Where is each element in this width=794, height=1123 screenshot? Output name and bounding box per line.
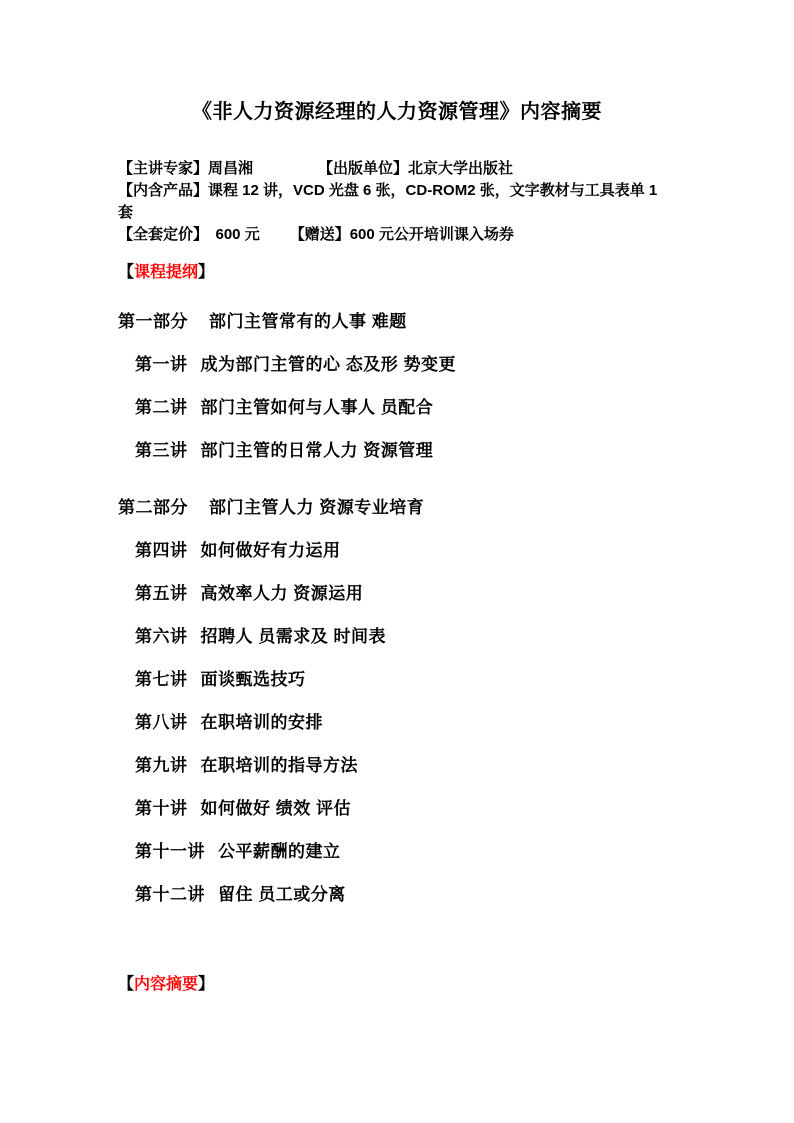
price-field: 【全套定价】 600 元: [118, 226, 260, 243]
lecture-title: 在职培训的指导方法: [201, 756, 359, 775]
lecture-title: 高效率人力 资源运用: [201, 584, 364, 603]
info-line-price-gift: 【全套定价】 600 元【赠送】600 元公开培训课入场券: [118, 224, 684, 246]
lecture-label: 第二讲: [135, 398, 188, 417]
outline-lecture-2: 第二讲部门主管如何与人事人 员配合: [0, 397, 794, 419]
product-info-block: 【主讲专家】周昌湘【出版单位】北京大学出版社 【内含产品】课程 12 讲，VCD…: [0, 158, 794, 246]
products-field: 【内含产品】课程 12 讲，VCD 光盘 6 张，CD-ROM2 张，文字教材与…: [118, 182, 657, 199]
part-title: 部门主管常有的人事 难题: [209, 312, 407, 331]
page-title: 《非人力资源经理的人力资源管理》内容摘要: [0, 0, 794, 125]
info-line-speaker-publisher: 【主讲专家】周昌湘【出版单位】北京大学出版社: [118, 158, 684, 180]
outline-lecture-7: 第七讲面谈甄选技巧: [0, 669, 794, 691]
lecture-label: 第十讲: [135, 799, 188, 818]
speaker-field: 【主讲专家】周昌湘: [118, 160, 253, 177]
lecture-title: 如何做好 绩效 评估: [201, 799, 351, 818]
part-title: 部门主管人力 资源专业培育: [209, 498, 424, 517]
content-summary-heading-label: 内容摘要: [134, 976, 198, 993]
lecture-title: 面谈甄选技巧: [201, 670, 306, 689]
lecture-label: 第九讲: [135, 756, 188, 775]
outline-lecture-11: 第十一讲公平薪酬的建立: [0, 841, 794, 863]
outline-part-1: 第一部分部门主管常有的人事 难题: [0, 311, 794, 333]
lecture-title: 留住 员工或分离: [218, 885, 346, 904]
content-summary-heading: 【内容摘要】: [0, 974, 794, 996]
outline-lecture-6: 第六讲招聘人 员需求及 时间表: [0, 626, 794, 648]
bracket-open: 【: [118, 976, 134, 993]
outline-lecture-1: 第一讲成为部门主管的心 态及形 势变更: [0, 354, 794, 376]
outline-lecture-5: 第五讲高效率人力 资源运用: [0, 583, 794, 605]
outline-part-2: 第二部分部门主管人力 资源专业培育: [0, 497, 794, 519]
products-field-wrap: 套: [118, 204, 133, 221]
lecture-title: 部门主管的日常人力 资源管理: [201, 441, 434, 460]
lecture-label: 第一讲: [135, 355, 188, 374]
info-line-products: 【内含产品】课程 12 讲，VCD 光盘 6 张，CD-ROM2 张，文字教材与…: [118, 180, 684, 202]
bracket-close: 】: [198, 976, 214, 993]
lecture-label: 第五讲: [135, 584, 188, 603]
lecture-label: 第六讲: [135, 627, 188, 646]
bracket-close: 】: [198, 264, 214, 281]
outline-lecture-8: 第八讲在职培训的安排: [0, 712, 794, 734]
outline-lecture-9: 第九讲在职培训的指导方法: [0, 755, 794, 777]
lecture-label: 第三讲: [135, 441, 188, 460]
course-outline-heading-label: 课程提纲: [134, 264, 198, 281]
lecture-label: 第十一讲: [135, 842, 205, 861]
lecture-title: 如何做好有力运用: [201, 541, 341, 560]
lecture-title: 部门主管如何与人事人 员配合: [201, 398, 434, 417]
gift-field: 【赠送】600 元公开培训课入场券: [290, 226, 514, 243]
lecture-label: 第七讲: [135, 670, 188, 689]
lecture-title: 公平薪酬的建立: [218, 842, 341, 861]
part-label: 第一部分: [118, 312, 188, 331]
outline-lecture-10: 第十讲如何做好 绩效 评估: [0, 798, 794, 820]
lecture-title: 招聘人 员需求及 时间表: [201, 627, 386, 646]
publisher-field: 【出版单位】北京大学出版社: [318, 160, 513, 177]
part-label: 第二部分: [118, 498, 188, 517]
lecture-label: 第八讲: [135, 713, 188, 732]
lecture-label: 第四讲: [135, 541, 188, 560]
lecture-label: 第十二讲: [135, 885, 205, 904]
lecture-title: 在职培训的安排: [201, 713, 324, 732]
info-line-products-wrap: 套: [118, 202, 684, 224]
outline-lecture-3: 第三讲部门主管的日常人力 资源管理: [0, 440, 794, 462]
document-page: 《非人力资源经理的人力资源管理》内容摘要 【主讲专家】周昌湘【出版单位】北京大学…: [0, 0, 794, 1123]
outline-lecture-12: 第十二讲留住 员工或分离: [0, 884, 794, 906]
course-outline-heading: 【课程提纲】: [0, 262, 794, 284]
lecture-title: 成为部门主管的心 态及形 势变更: [201, 355, 456, 374]
outline-lecture-4: 第四讲如何做好有力运用: [0, 540, 794, 562]
bracket-open: 【: [118, 264, 134, 281]
